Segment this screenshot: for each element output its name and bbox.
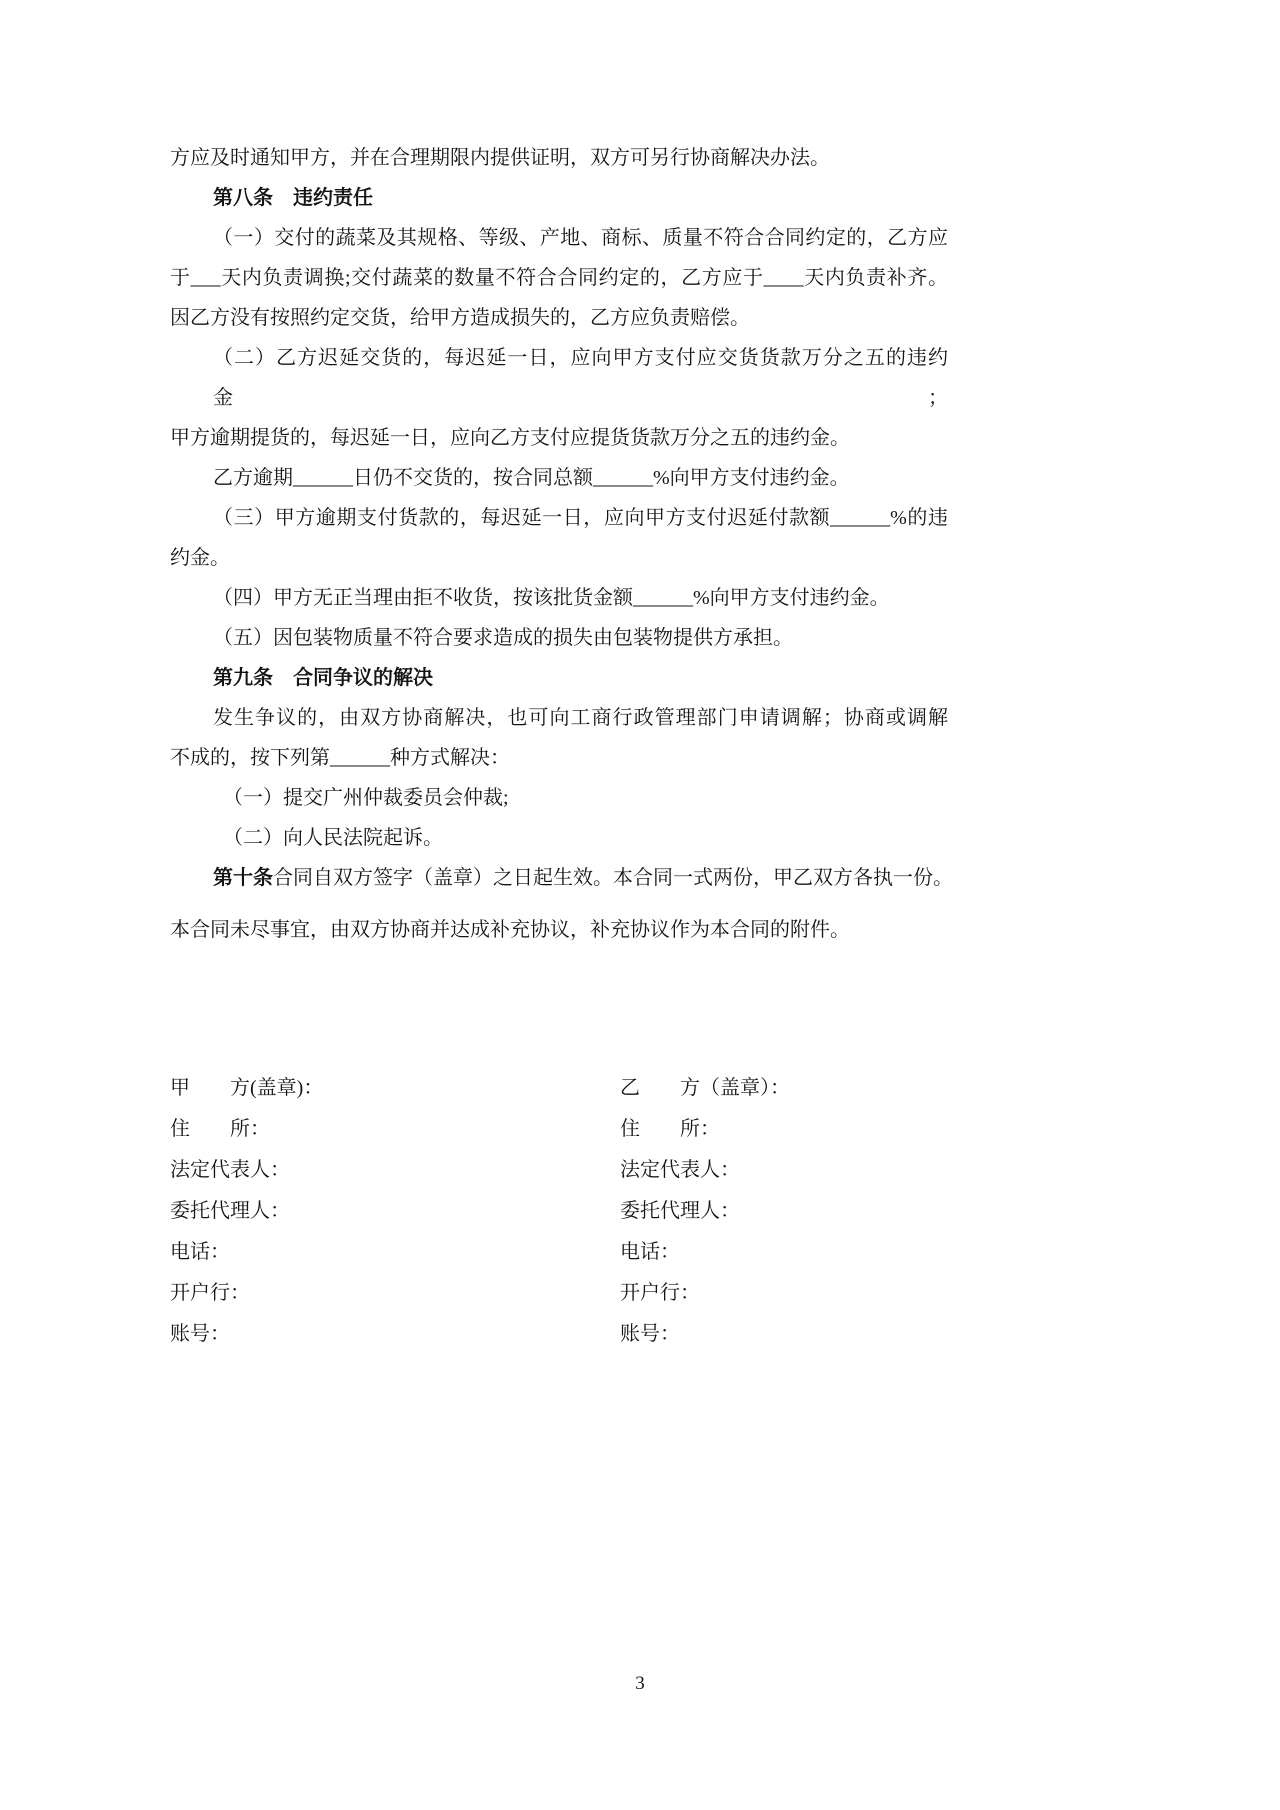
contract-line: （一）交付的蔬菜及其规格、等级、产地、商标、质量不符合合同约定的，乙方应 (170, 218, 948, 258)
contract-text: （一）交付的蔬菜及其规格、等级、产地、商标、质量不符合合同约定的，乙方应 (213, 227, 948, 249)
contract-text: 乙方逾期______日仍不交货的，按合同总额______%向甲方支付违约金。 (213, 467, 850, 489)
contract-text: 发生争议的，由双方协商解决，也可向工商行政管理部门申请调解；协商或调解 (213, 707, 948, 729)
contract-text: 不成的，按下列第______种方式解决： (170, 747, 510, 769)
signature-row: 甲 方(盖章)： (170, 1068, 323, 1109)
party-b-signature-block: 乙 方（盖章）：住 所：法定代表人：委托代理人：电话：开户行：账号： (620, 1068, 790, 1355)
signature-row: 法定代表人： (620, 1150, 790, 1191)
clause-heading-text: 第十条 (213, 867, 273, 889)
contract-line: （四）甲方无正当理由拒不收货，按该批货金额______%向甲方支付违约金。 (170, 578, 948, 618)
contract-line: 第十条合同自双方签字（盖章）之日起生效。本合同一式两份，甲乙双方各执一份。 (170, 858, 948, 898)
contract-line: （一）提交广州仲裁委员会仲裁; (170, 778, 948, 818)
signature-row: 电话： (170, 1232, 323, 1273)
signature-row: 账号： (170, 1314, 323, 1355)
contract-text: 方应及时通知甲方，并在合理期限内提供证明，双方可另行协商解决办法。 (170, 147, 830, 169)
signature-row: 开户行： (620, 1273, 790, 1314)
contract-line: 本合同未尽事宜，由双方协商并达成补充协议，补充协议作为本合同的附件。 (170, 910, 948, 950)
signature-row: 账号： (620, 1314, 790, 1355)
contract-body: 方应及时通知甲方，并在合理期限内提供证明，双方可另行协商解决办法。第八条 违约责… (170, 138, 948, 950)
contract-line: 甲方逾期提货的，每迟延一日，应向乙方支付应提货货款万分之五的违约金。 (170, 418, 948, 458)
contract-text: 因乙方没有按照约定交货，给甲方造成损失的，乙方应负责赔偿。 (170, 307, 750, 329)
signature-section: 甲 方(盖章)：住 所：法定代表人：委托代理人：电话：开户行：账号： 乙 方（盖… (0, 1068, 1280, 1368)
clause-heading-text: 第八条 违约责任 (213, 187, 373, 209)
contract-text: （三）甲方逾期支付货款的，每迟延一日，应向甲方支付迟延付款额______%的违 (213, 507, 948, 529)
contract-line: 乙方逾期______日仍不交货的，按合同总额______%向甲方支付违约金。 (170, 458, 948, 498)
contract-text: （一）提交广州仲裁委员会仲裁; (223, 787, 509, 809)
contract-line: 第九条 合同争议的解决 (170, 658, 948, 698)
contract-text: 约金。 (170, 547, 230, 569)
contract-line: 方应及时通知甲方，并在合理期限内提供证明，双方可另行协商解决办法。 (170, 138, 948, 178)
signature-row: 电话： (620, 1232, 790, 1273)
signature-row: 乙 方（盖章）： (620, 1068, 790, 1109)
contract-text: 甲方逾期提货的，每迟延一日，应向乙方支付应提货货款万分之五的违约金。 (170, 427, 850, 449)
contract-line: 于___天内负责调换;交付蔬菜的数量不符合合同约定的，乙方应于____天内负责补… (170, 258, 948, 298)
contract-text: 合同自双方签字（盖章）之日起生效。本合同一式两份，甲乙双方各执一份。 (273, 867, 953, 889)
signature-row: 法定代表人： (170, 1150, 323, 1191)
contract-page: 方应及时通知甲方，并在合理期限内提供证明，双方可另行协商解决办法。第八条 违约责… (0, 0, 1280, 1810)
contract-line: 不成的，按下列第______种方式解决： (170, 738, 948, 778)
contract-text: （二）乙方迟延交货的，每迟延一日，应向甲方支付应交货货款万分之五的违约金； (213, 347, 948, 409)
contract-line: （二）向人民法院起诉。 (170, 818, 948, 858)
contract-text: 本合同未尽事宜，由双方协商并达成补充协议，补充协议作为本合同的附件。 (170, 919, 850, 941)
signature-row: 开户行： (170, 1273, 323, 1314)
contract-line: （五）因包装物质量不符合要求造成的损失由包装物提供方承担。 (170, 618, 948, 658)
contract-line: 因乙方没有按照约定交货，给甲方造成损失的，乙方应负责赔偿。 (170, 298, 948, 338)
contract-text: （五）因包装物质量不符合要求造成的损失由包装物提供方承担。 (213, 627, 793, 649)
contract-line: 约金。 (170, 538, 948, 578)
contract-line: 第八条 违约责任 (170, 178, 948, 218)
contract-text: 于___天内负责调换;交付蔬菜的数量不符合合同约定的，乙方应于____天内负责补… (170, 267, 948, 289)
clause-heading-text: 第九条 合同争议的解决 (213, 667, 433, 689)
signature-row: 委托代理人： (170, 1191, 323, 1232)
contract-line: （三）甲方逾期支付货款的，每迟延一日，应向甲方支付迟延付款额______%的违 (170, 498, 948, 538)
contract-line: 发生争议的，由双方协商解决，也可向工商行政管理部门申请调解；协商或调解 (170, 698, 948, 738)
contract-line: （二）乙方迟延交货的，每迟延一日，应向甲方支付应交货货款万分之五的违约金； (170, 338, 948, 418)
contract-text: （四）甲方无正当理由拒不收货，按该批货金额______%向甲方支付违约金。 (213, 587, 890, 609)
party-a-signature-block: 甲 方(盖章)：住 所：法定代表人：委托代理人：电话：开户行：账号： (170, 1068, 323, 1355)
signature-row: 委托代理人： (620, 1191, 790, 1232)
signature-row: 住 所： (170, 1109, 323, 1150)
page-number: 3 (0, 1672, 1280, 1696)
contract-text: （二）向人民法院起诉。 (223, 827, 443, 849)
signature-row: 住 所： (620, 1109, 790, 1150)
